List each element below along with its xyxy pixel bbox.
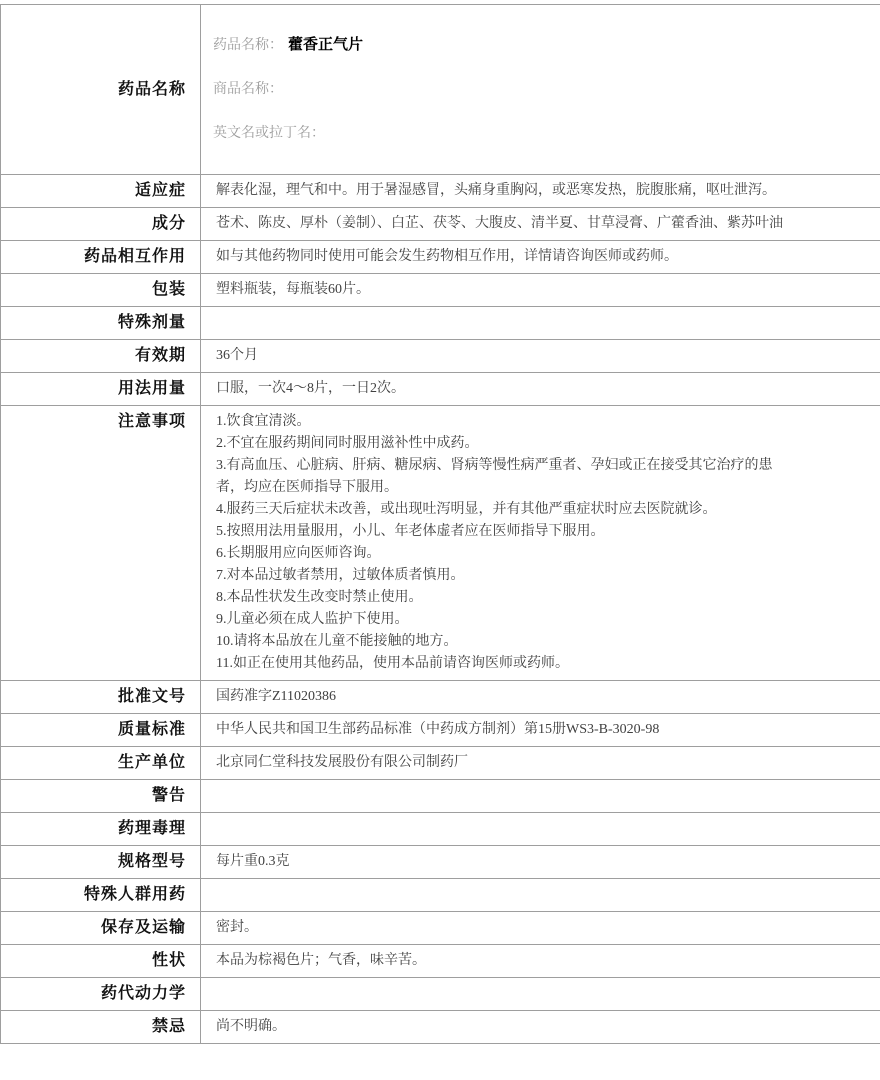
row-label: 成分	[1, 208, 201, 241]
drug-name-field: 药品名称：藿香正气片	[213, 34, 865, 57]
row-label: 包装	[1, 274, 201, 307]
row-label: 规格型号	[1, 846, 201, 879]
row-label: 生产单位	[1, 747, 201, 780]
english-name-prefix: 英文名或拉丁名：	[213, 126, 325, 141]
row-label: 适应症	[1, 175, 201, 208]
row-label: 有效期	[1, 340, 201, 373]
table-row-pharmacokinetics: 药代动力学	[1, 978, 880, 1011]
table-row-special-dosage: 特殊剂量	[1, 307, 880, 340]
row-content: 本品为棕褐色片；气香，味辛苦。	[201, 945, 880, 978]
row-content: 尚不明确。	[201, 1011, 880, 1044]
row-content: 口服，一次4～8片，一日2次。	[201, 373, 880, 406]
row-label: 特殊人群用药	[1, 879, 201, 912]
table-row-specification: 规格型号 每片重0.3克	[1, 846, 880, 879]
row-content: 中华人民共和国卫生部药品标准（中药成方制剂）第15册WS3-B-3020-98	[201, 714, 880, 747]
row-label: 药代动力学	[1, 978, 201, 1011]
row-content: 36个月	[201, 340, 880, 373]
row-content: 塑料瓶装，每瓶装60片。	[201, 274, 880, 307]
row-content: 国药准字Z11020386	[201, 681, 880, 714]
row-content	[201, 813, 880, 846]
table-row-warning: 警告	[1, 780, 880, 813]
row-content	[201, 307, 880, 340]
table-row-characteristics: 性状 本品为棕褐色片；气香，味辛苦。	[1, 945, 880, 978]
table-row-pharmacology: 药理毒理	[1, 813, 880, 846]
table-row-packaging: 包装 塑料瓶装，每瓶装60片。	[1, 274, 880, 307]
drug-name-value: 藿香正气片	[288, 37, 363, 53]
row-content: 1.饮食宜清淡。 2.不宜在服药期间同时服用滋补性中成药。 3.有高血压、心脏病…	[201, 406, 880, 681]
table-row-interactions: 药品相互作用 如与其他药物同时使用可能会发生药物相互作用，详情请咨询医师或药师。	[1, 241, 880, 274]
table-row-special-populations: 特殊人群用药	[1, 879, 880, 912]
row-label: 药品相互作用	[1, 241, 201, 274]
row-content	[201, 780, 880, 813]
drug-info-page: 药品名称 药品名称：藿香正气片 商品名称： 英文名或拉丁名： 适应症 解表化湿，…	[0, 0, 880, 1080]
table-row-dosage: 用法用量 口服，一次4～8片，一日2次。	[1, 373, 880, 406]
table-row-quality-standard: 质量标准 中华人民共和国卫生部药品标准（中药成方制剂）第15册WS3-B-302…	[1, 714, 880, 747]
row-content	[201, 978, 880, 1011]
row-label: 保存及运输	[1, 912, 201, 945]
table-row-contraindications: 禁忌 尚不明确。	[1, 1011, 880, 1044]
row-label: 用法用量	[1, 373, 201, 406]
table-row-manufacturer: 生产单位 北京同仁堂科技发展股份有限公司制药厂	[1, 747, 880, 780]
row-label: 批准文号	[1, 681, 201, 714]
row-content: 解表化湿，理气和中。用于暑湿感冒，头痛身重胸闷，或恶寒发热，脘腹胀痛，呕吐泄泻。	[201, 175, 880, 208]
row-content: 北京同仁堂科技发展股份有限公司制药厂	[201, 747, 880, 780]
drug-name-cell: 药品名称：藿香正气片 商品名称： 英文名或拉丁名：	[201, 5, 880, 175]
drug-name-prefix: 药品名称：	[213, 38, 283, 53]
table-row-shelf-life: 有效期 36个月	[1, 340, 880, 373]
drug-info-table: 药品名称 药品名称：藿香正气片 商品名称： 英文名或拉丁名： 适应症 解表化湿，…	[0, 4, 880, 1044]
row-content: 如与其他药物同时使用可能会发生药物相互作用，详情请咨询医师或药师。	[201, 241, 880, 274]
row-label: 警告	[1, 780, 201, 813]
row-content	[201, 879, 880, 912]
trade-name-prefix: 商品名称：	[213, 82, 283, 97]
table-row-drug-name: 药品名称 药品名称：藿香正气片 商品名称： 英文名或拉丁名：	[1, 5, 880, 175]
row-label: 质量标准	[1, 714, 201, 747]
table-row-indications: 适应症 解表化湿，理气和中。用于暑湿感冒，头痛身重胸闷，或恶寒发热，脘腹胀痛，呕…	[1, 175, 880, 208]
row-content: 每片重0.3克	[201, 846, 880, 879]
table-row-approval-number: 批准文号 国药准字Z11020386	[1, 681, 880, 714]
row-label-drug-name: 药品名称	[1, 5, 201, 175]
row-label: 禁忌	[1, 1011, 201, 1044]
trade-name-field: 商品名称：	[213, 79, 865, 101]
row-label: 药理毒理	[1, 813, 201, 846]
table-row-ingredients: 成分 苍术、陈皮、厚朴（姜制）、白芷、茯苓、大腹皮、清半夏、甘草浸膏、广藿香油、…	[1, 208, 880, 241]
row-content: 密封。	[201, 912, 880, 945]
row-label: 特殊剂量	[1, 307, 201, 340]
row-label: 性状	[1, 945, 201, 978]
row-content: 苍术、陈皮、厚朴（姜制）、白芷、茯苓、大腹皮、清半夏、甘草浸膏、广藿香油、紫苏叶…	[201, 208, 880, 241]
row-label: 注意事项	[1, 406, 201, 681]
table-row-precautions: 注意事项 1.饮食宜清淡。 2.不宜在服药期间同时服用滋补性中成药。 3.有高血…	[1, 406, 880, 681]
table-row-storage: 保存及运输 密封。	[1, 912, 880, 945]
english-name-field: 英文名或拉丁名：	[213, 123, 865, 145]
